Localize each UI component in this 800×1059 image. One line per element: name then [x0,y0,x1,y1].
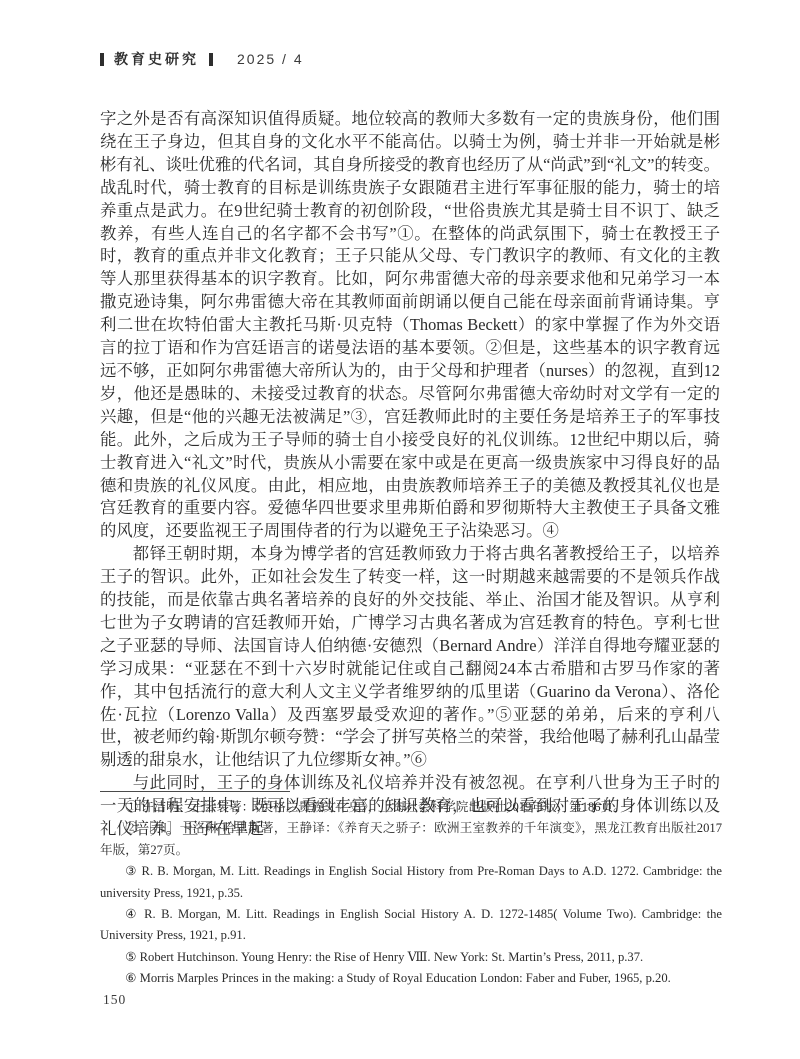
body-paragraph-2: 都铎王朝时期，本身为博学者的宫廷教师致力于将古典名著教授给王子，以培养王子的智识… [100,543,720,772]
footnote-1: ① 许洁明、王云裳著：《英格兰贵族文化史》，上海社会科学院出版社2019年版，第… [100,797,722,818]
body-paragraph-1: 字之外是否有高深知识值得质疑。地位较高的教师大多数有一定的贵族身份，他们围绕在王… [100,108,720,543]
page-number: 150 [103,992,126,1008]
footnote-3: ③ R. B. Morgan, M. Litt. Readings in Eng… [100,861,722,904]
journal-title: 教育史研究 [114,49,199,69]
footnote-separator [100,791,290,792]
journal-issue: 2025 / 4 [237,51,304,67]
journal-page: 教育史研究 2025 / 4 字之外是否有高深知识值得质疑。地位较高的教师大多数… [0,0,800,1059]
page-header: 教育史研究 2025 / 4 [100,49,304,69]
header-bar-right-icon [209,53,213,66]
footnote-5: ⑤ Robert Hutchinson. Young Henry: the Ri… [100,947,722,968]
footnote-6: ⑥ Morris Marples Princes in the making: … [100,968,722,989]
footnote-4: ④ R. B. Morgan, M. Litt. Readings in Eng… [100,904,722,947]
footnotes-section: ① 许洁明、王云裳著：《英格兰贵族文化史》，上海社会科学院出版社2019年版，第… [100,797,722,990]
header-bar-left-icon [100,53,104,66]
article-body: 字之外是否有高深知识值得质疑。地位较高的教师大多数有一定的贵族身份，他们围绕在王… [100,108,720,841]
footnote-2: ② ［加］卡洛琳·哈里斯著，王静译：《养育天之骄子：欧洲王室教养的千年演变》，黑… [100,818,722,861]
